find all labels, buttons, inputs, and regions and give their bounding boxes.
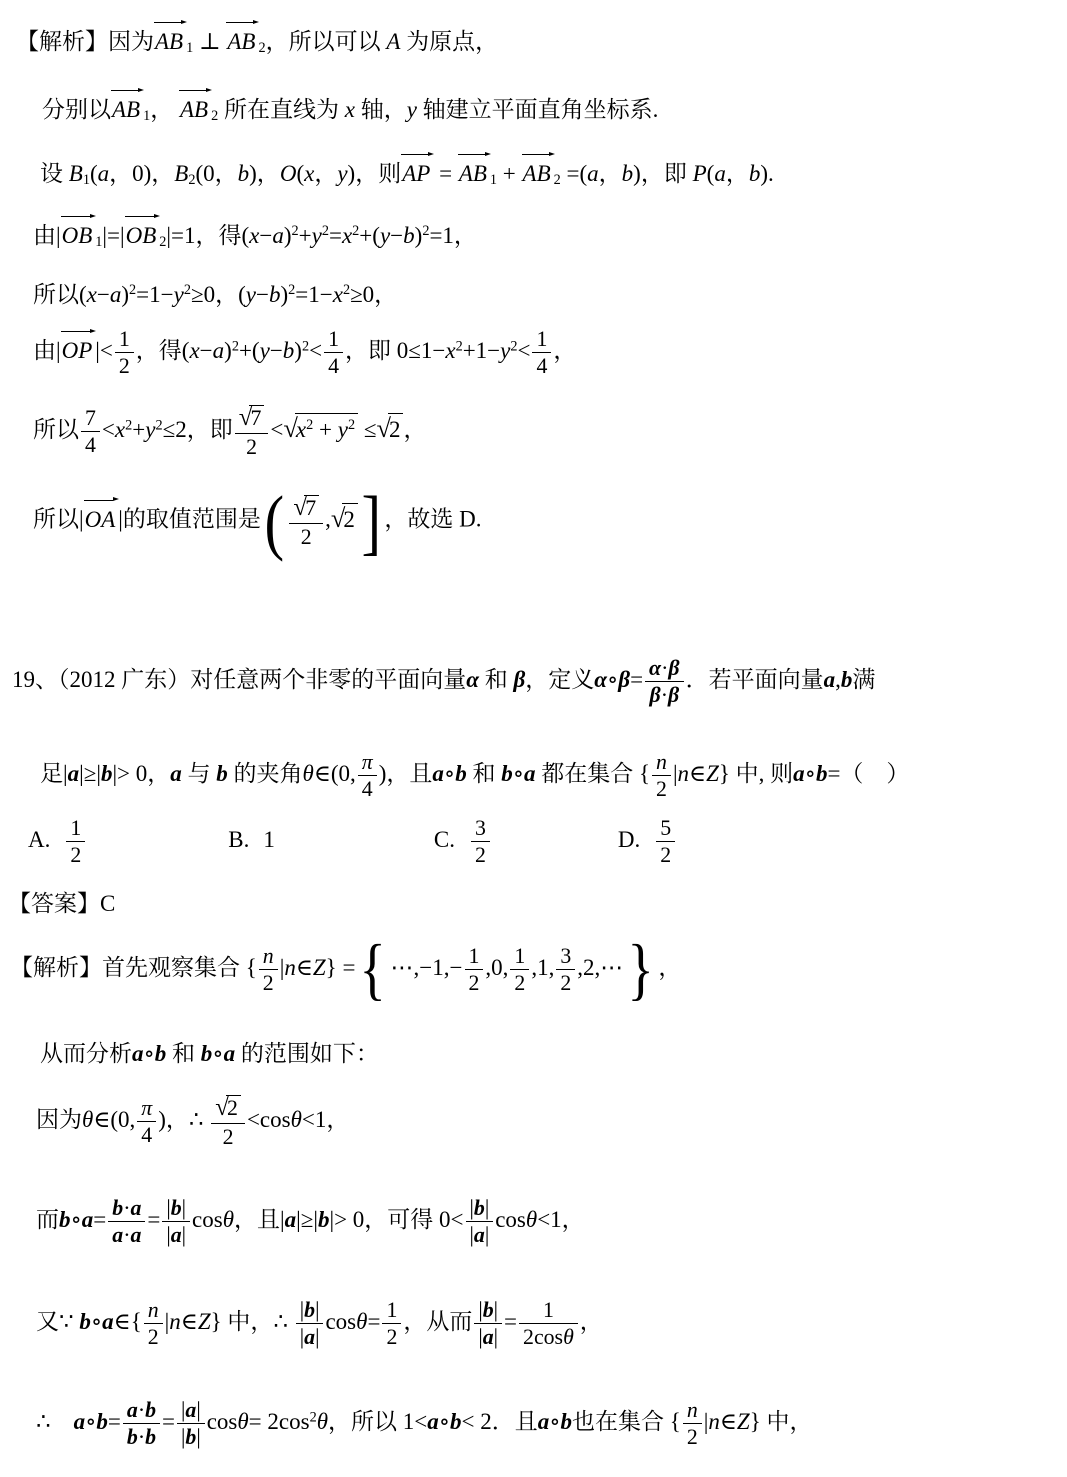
q19-solution-line-2: 从而分析a∘b 和 b∘a 的范围如下： (40, 1038, 379, 1070)
math-variable: n (678, 761, 690, 786)
math-variable: θ (356, 1309, 367, 1334)
math-bold-vector: a (102, 1309, 114, 1334)
math-variable: Z (737, 1409, 750, 1434)
text-run: = (93, 1207, 106, 1232)
fraction-numerator: 1 (510, 944, 529, 970)
text-run: cos (495, 1207, 526, 1232)
text-run: ) (284, 223, 292, 248)
question-19-stem-line-1: 19、（2012 广东）对任意两个非零的平面向量α 和 β，定义α∘β=α·ββ… (12, 656, 875, 708)
math-vector: AB (154, 20, 186, 58)
text-run: = (504, 1309, 517, 1334)
math-bold-vector: b (201, 1041, 213, 1066)
text-run: | (485, 1223, 489, 1247)
math-bold-vector: b (304, 1298, 315, 1322)
math-variable: Z (706, 761, 719, 786)
text-run: ∘ (607, 667, 618, 692)
math-variable: x (249, 223, 259, 248)
math-variable: n (263, 944, 274, 968)
math-vector: AP (401, 152, 433, 190)
text-run: + (313, 417, 337, 442)
math-bold-vector: β (618, 667, 630, 692)
text-run: ). (760, 161, 773, 186)
math-bold-vector: b (171, 1196, 182, 1220)
text-run: 的夹角 (228, 761, 303, 786)
math-bold-vector: α (466, 667, 479, 692)
fraction-denominator: 2 (289, 524, 323, 549)
vector-name: AB (112, 97, 140, 122)
fraction-numerator: √7 (289, 494, 323, 524)
text-run: ∈ (181, 1309, 198, 1334)
text-run: ， (403, 417, 426, 442)
text-run: · (661, 683, 668, 707)
fraction: 12 (465, 944, 484, 996)
text-run: 为原点， (400, 29, 498, 54)
text-run: 满 (852, 667, 875, 692)
text-run: )，且 (379, 761, 433, 786)
text-run: |=1，得( (166, 223, 249, 248)
math-bold-vector: b (841, 667, 853, 692)
vector-name: AB (523, 161, 551, 186)
prev-solution-line-2: 分别以AB1， AB2 所在直线为 x 轴，y 轴建立平面直角坐标系. (42, 88, 658, 126)
text-run: 轴建立平面直角坐标系. (417, 97, 659, 122)
prev-solution-line-6: 由|OP|<12，得(x−a)2+(y−b)2<14，即 0≤1−x2+1−y2… (33, 327, 576, 379)
radicand: 2 (226, 1095, 241, 1120)
fraction: a·bb·b (123, 1398, 160, 1450)
math-bold-vector: a (185, 1398, 196, 1422)
text-run: =（ ） (827, 761, 909, 786)
text-run: ∘ (85, 1409, 96, 1434)
text-run: )，即 (633, 161, 692, 186)
math-bold-vector: b (185, 1425, 196, 1449)
sqrt: √2 (376, 410, 403, 447)
math-variable: θ (82, 1107, 93, 1132)
fraction-numerator: |b| (296, 1298, 324, 1324)
math-variable: P (693, 161, 707, 186)
text-run: ∘ (212, 1041, 223, 1066)
fraction-denominator: 4 (358, 776, 377, 801)
q19-solution-line-1: 【解析】首先观察集合 {n2|n∈Z} ={⋯,−1,−12,0,12,1,32… (10, 942, 681, 997)
math-variable: b (749, 161, 761, 186)
math-bold-vector: b (145, 1398, 156, 1422)
math-bold-vector: b (101, 761, 113, 786)
math-variable: θ (317, 1409, 328, 1434)
text-run: |≥| (79, 761, 101, 786)
text-run: < (102, 417, 115, 442)
text-run: ≤ (358, 417, 376, 442)
fraction: 14 (532, 327, 551, 379)
math-bold-vector: b (145, 1425, 156, 1449)
sqrt: √2 (331, 500, 358, 537)
text-run: 和 (479, 667, 514, 692)
text-run: | (315, 1325, 319, 1349)
math-bold-vector: a (170, 761, 182, 786)
text-run: |< (95, 338, 113, 363)
math-bold-vector: a (224, 1041, 236, 1066)
math-bold-vector: a (304, 1325, 315, 1349)
math-bold-vector: a (68, 761, 80, 786)
math-vector: AB (522, 152, 554, 190)
text-run: 【解析】首先观察集合 { (10, 955, 257, 980)
text-run: | (182, 1223, 186, 1247)
text-run: < 2．且 (462, 1409, 538, 1434)
superscript: 2 (510, 338, 517, 354)
fraction: n2 (683, 1398, 702, 1450)
text-run: ，从而 (403, 1309, 472, 1334)
text-run: cos (325, 1309, 356, 1334)
math-variable: a (714, 161, 726, 186)
fraction: α·ββ·β (645, 656, 684, 708)
math-bold-vector: b (450, 1409, 462, 1434)
fraction-numerator: 7 (81, 406, 100, 432)
math-variable: b (238, 161, 250, 186)
text-run: +( (359, 223, 380, 248)
math-variable: y (407, 97, 417, 122)
fraction-denominator: 4 (81, 432, 100, 457)
text-run: } 中, 则 (719, 761, 793, 786)
math-vector: AB (179, 88, 211, 126)
text-run: ( (296, 161, 304, 186)
math-bold-vector: a (427, 1409, 439, 1434)
math-bold-vector: a (112, 1223, 123, 1247)
fraction-numerator: 1 (519, 1298, 578, 1324)
text-run: ， (726, 161, 749, 186)
math-bold-vector: α (649, 656, 661, 680)
text-run: ∘ (71, 1207, 82, 1232)
math-bold-vector: b (216, 761, 228, 786)
fraction: b·aa·a (108, 1196, 145, 1248)
text-run: − (259, 223, 272, 248)
fraction-denominator: 2 (144, 1324, 163, 1349)
math-variable: y (380, 223, 390, 248)
question-19-answer: 【答案】C (8, 888, 115, 920)
fraction-denominator: 4 (324, 353, 343, 378)
text-run: ⊥ (193, 29, 226, 54)
subscript: 1 (83, 172, 90, 188)
vector-name: AB (180, 97, 208, 122)
text-run: ∘ (91, 1309, 102, 1334)
text-run: + (299, 223, 312, 248)
text-run: 分别以 (42, 97, 111, 122)
fraction: |b||a| (466, 1196, 494, 1248)
fraction-numerator: |b| (466, 1196, 494, 1222)
text-run: |=| (102, 223, 124, 248)
superscript: 2 (343, 282, 350, 298)
math-variable: y (246, 282, 256, 307)
sqrt: √7 (239, 404, 265, 432)
math-bold-vector: a (793, 761, 805, 786)
superscript: 2 (348, 417, 355, 433)
fraction-numerator: n (144, 1298, 163, 1324)
radicand: 2 (342, 503, 358, 536)
text-run: < (518, 338, 531, 363)
fraction: 32 (556, 944, 575, 996)
math-vector: AB (226, 20, 258, 58)
fraction-denominator: 2 (656, 842, 675, 867)
fraction-numerator: √2 (211, 1094, 245, 1124)
big-delimiter: ] (361, 492, 381, 551)
math-variable: π (141, 1096, 152, 1120)
text-run: 与 (182, 761, 217, 786)
text-run: <cos (247, 1107, 291, 1132)
text-run: ， (553, 338, 576, 363)
radicand: x2 + y2 (295, 413, 358, 446)
math-bold-vector: b (474, 1196, 485, 1220)
text-run: 的范围如下： (235, 1041, 379, 1066)
text-run: A. (28, 827, 50, 852)
q19-solution-line-4: 而b∘a=b·aa·a=|b||a|cosθ，且|a|≥|b|> 0，可得 0<… (36, 1196, 585, 1248)
text-run: |的取值范围是 (118, 507, 261, 532)
fraction-numerator: 1 (382, 1298, 401, 1324)
prev-solution-line-8: 所以|OA|的取值范围是(√72,√2]，故选 D. (33, 492, 482, 551)
fraction-numerator: n (259, 944, 278, 970)
superscript: 2 (456, 338, 463, 354)
vector-arrow-icon (61, 216, 91, 217)
fraction: |b||a| (474, 1298, 502, 1350)
text-run: ， (314, 161, 337, 186)
vector-arrow-icon (125, 216, 155, 217)
superscript: 2 (310, 1409, 317, 1425)
prev-solution-line-4: 由|OB1|=|OB2|=1，得(x−a)2+y2=x2+(y−b)2=1， (33, 214, 477, 252)
fraction: |b||a| (296, 1298, 324, 1350)
math-variable: y (337, 161, 347, 186)
math-bold-vector: a (171, 1223, 182, 1247)
math-variable: θ (237, 1409, 248, 1434)
superscript: 2 (322, 223, 329, 239)
math-bold-vector: b (816, 761, 828, 786)
q19-solution-line-5: 又∵ b∘a∈{n2|n∈Z} 中，∴ |b||a|cosθ=12，从而|b||… (36, 1298, 603, 1350)
text-run: ，所以可以 (266, 29, 387, 54)
text-run: ,1, (531, 955, 554, 980)
math-bold-vector: b (483, 1298, 494, 1322)
text-run: 由| (33, 223, 61, 248)
big-delimiter: { (360, 942, 387, 997)
math-variable: θ (563, 1325, 574, 1349)
text-run: ，且| (234, 1207, 285, 1232)
text-run: = (630, 667, 643, 692)
fraction-denominator: |a| (296, 1324, 324, 1349)
text-run: 【答案】C (8, 891, 115, 916)
text-run: ，所以 1< (328, 1409, 427, 1434)
question-19-options: A.12B.1C.32D.52 (28, 816, 677, 868)
text-run: ∈ (689, 761, 706, 786)
math-bold-vector: b (127, 1425, 138, 1449)
math-variable: n (169, 1309, 181, 1334)
fraction: n2 (144, 1298, 163, 1350)
text-run: ) (294, 338, 302, 363)
text-run: ，定义 (525, 667, 594, 692)
fraction-denominator: 2 (235, 434, 269, 459)
math-bold-vector: b (455, 761, 467, 786)
math-vector: AB (111, 88, 143, 126)
text-run: ∴ (36, 1409, 74, 1434)
text-run: +1− (463, 338, 500, 363)
text-run: 设 (40, 161, 69, 186)
math-variable: a (98, 161, 110, 186)
math-bold-vector: b (96, 1409, 108, 1434)
text-run: 2cos (523, 1325, 563, 1349)
vector-arrow-icon (458, 154, 485, 155)
text-run: | (494, 1298, 498, 1322)
text-run: 和 (467, 761, 502, 786)
text-run: +( (239, 338, 260, 363)
math-bold-vector: a (483, 1325, 494, 1349)
text-run: ，0)， (109, 161, 174, 186)
fraction: |b||a| (162, 1196, 190, 1248)
text-run: ∘ (549, 1409, 560, 1434)
text-run: ≥0，( (191, 282, 246, 307)
text-run: )，∴ (158, 1107, 209, 1132)
math-variable: B (174, 161, 188, 186)
text-run: D. (618, 827, 640, 852)
fraction-denominator: 4 (137, 1122, 156, 1147)
fraction-numerator: 1 (465, 944, 484, 970)
math-bold-vector: b (501, 761, 513, 786)
text-run: = (433, 161, 457, 186)
subscript: 1 (490, 172, 497, 188)
text-run: | (494, 1325, 498, 1349)
fraction-denominator: β·β (645, 682, 684, 707)
math-variable: y (174, 282, 184, 307)
fraction-denominator: |a| (162, 1222, 190, 1247)
vector-name: AB (155, 29, 183, 54)
text-run: 所以| (33, 507, 84, 532)
text-run: 又∵ (36, 1309, 79, 1334)
text-run: = (329, 223, 342, 248)
text-run: ∈ (720, 1409, 737, 1434)
math-bold-vector: β (668, 656, 679, 680)
text-run: 所以( (33, 282, 87, 307)
text-run: ∘ (144, 1041, 155, 1066)
radicand: 7 (249, 405, 264, 430)
math-variable: n (656, 750, 667, 774)
vector-name: AP (402, 161, 430, 186)
vector-name: OA (85, 507, 116, 532)
radicand: 7 (304, 495, 319, 520)
fraction-numerator: 1 (115, 327, 134, 353)
text-run: − (256, 282, 269, 307)
fraction-denominator: b·b (123, 1424, 160, 1449)
math-variable: x (342, 223, 352, 248)
text-run: =1− (295, 282, 332, 307)
vector-arrow-icon (226, 22, 253, 23)
text-run: cos (207, 1409, 238, 1434)
math-bold-vector: b (59, 1207, 71, 1232)
fraction-denominator: 2 (556, 970, 575, 995)
math-bold-vector: a (130, 1223, 141, 1247)
math-variable: a (587, 161, 599, 186)
prev-solution-line-7: 所以74<x2+y2≤2，即√72<√x2 + y2 ≤√2， (33, 404, 426, 460)
math-variable: O (280, 161, 297, 186)
text-run: |> 0，可得 0< (329, 1207, 463, 1232)
text-run: 因为 (36, 1107, 82, 1132)
q19-solution-line-3: 因为θ∈(0,π4)，∴ √22<cosθ<1， (36, 1094, 349, 1150)
math-bold-vector: b (112, 1196, 123, 1220)
math-bold-vector: a (132, 1041, 144, 1066)
fraction: π4 (137, 1096, 156, 1148)
math-variable: θ (291, 1107, 302, 1132)
text-run: + (497, 161, 521, 186)
text-run: } 中，∴ (211, 1309, 294, 1334)
vector-arrow-icon (179, 90, 206, 91)
text-run: | (182, 1196, 186, 1220)
vector-arrow-icon (111, 90, 138, 91)
text-run: |> 0， (112, 761, 170, 786)
text-run: ，故选 D. (384, 507, 481, 532)
math-vector: OB (61, 214, 96, 252)
fraction-numerator: 1 (532, 327, 551, 353)
superscript: 2 (232, 338, 239, 354)
text-run: ( (90, 161, 98, 186)
math-variable: A (386, 29, 400, 54)
math-bold-vector: a (432, 761, 444, 786)
fraction: 12 (510, 944, 529, 996)
text-run: ∈ (296, 955, 313, 980)
text-run: =1， (429, 223, 476, 248)
vector-name: OP (62, 338, 93, 363)
fraction-denominator: 2 (259, 970, 278, 995)
text-run: ，即 0≤1− (345, 338, 445, 363)
text-run: − (390, 223, 403, 248)
math-variable: x (445, 338, 455, 363)
math-variable: Z (313, 955, 326, 980)
subscript: 2 (258, 40, 265, 56)
math-bold-vector: b (155, 1041, 167, 1066)
text-run: ∈(0, (93, 1107, 135, 1132)
text-run: < (270, 417, 283, 442)
fraction-denominator: 2 (510, 970, 529, 995)
text-run: = 2cos (249, 1409, 310, 1434)
math-variable: y (312, 223, 322, 248)
math-variable: b (283, 338, 295, 363)
math-bold-vector: α (594, 667, 607, 692)
math-variable: n (148, 1298, 159, 1322)
text-run: C. (434, 827, 455, 852)
text-run: 从而分析 (40, 1041, 132, 1066)
fraction-denominator: a·a (108, 1222, 145, 1247)
fraction: 52 (656, 816, 675, 868)
text-run: < (309, 338, 322, 363)
math-bold-vector: β (668, 683, 679, 707)
text-run: ≤2，即 (163, 417, 233, 442)
text-run: 而 (36, 1207, 59, 1232)
fraction-denominator: 2 (115, 353, 134, 378)
vector-arrow-icon (154, 22, 181, 23)
fraction-denominator: 2 (382, 1324, 401, 1349)
math-variable: b (622, 161, 634, 186)
math-vector: OP (61, 329, 96, 367)
text-run: ∈{ (114, 1309, 142, 1334)
fraction-denominator: |b| (177, 1424, 205, 1449)
text-run: 所在直线为 (218, 97, 345, 122)
fraction-numerator: √7 (235, 404, 269, 434)
fraction-numerator: π (358, 750, 377, 776)
fraction: √72 (235, 404, 269, 460)
text-run: = (367, 1309, 380, 1334)
fraction-numerator: |b| (474, 1298, 502, 1324)
math-variable: θ (303, 761, 314, 786)
text-run: = (147, 1207, 160, 1232)
math-vector: OB (125, 214, 160, 252)
fraction-denominator: |a| (466, 1222, 494, 1247)
fraction: √22 (211, 1094, 245, 1150)
sqrt: √2 (215, 1094, 241, 1122)
text-run: ,0, (485, 955, 508, 980)
fraction-denominator: |a| (474, 1324, 502, 1349)
text-run: ∈(0, (314, 761, 356, 786)
fraction-denominator: 2 (66, 842, 85, 867)
text-run: ⋯,−1,− (391, 955, 463, 980)
text-run: <1， (537, 1207, 584, 1232)
